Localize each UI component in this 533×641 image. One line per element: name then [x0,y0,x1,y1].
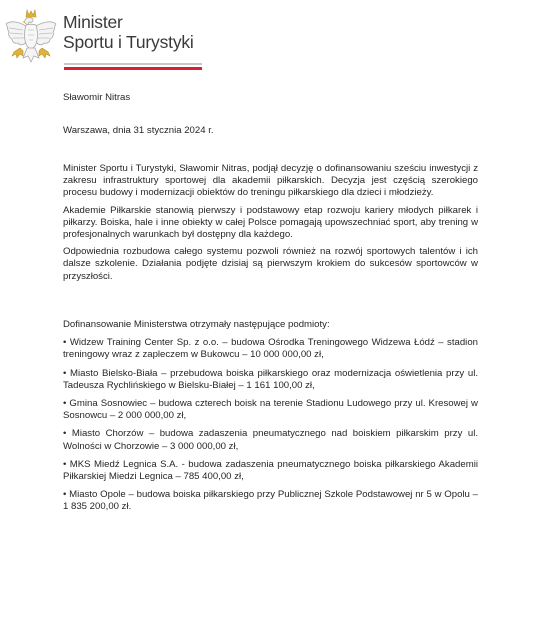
brand-line-1: Minister [63,12,194,32]
ministry-brand-name: Minister Sportu i Turystyki [63,12,194,52]
flag-stripe-white [64,63,202,65]
flag-stripe-red [64,67,202,70]
white-eagle-emblem-icon [3,6,59,68]
document-body: Minister Sportu i Turystyki, Sławomir Ni… [63,163,478,288]
paragraph: Akademie Piłkarskie stanowią pierwszy i … [63,205,478,242]
list-item: • Miasto Opole – budowa boiska piłkarski… [63,489,478,513]
funding-list: Dofinansowanie Ministerstwa otrzymały na… [63,319,478,514]
list-item: • Gmina Sosnowiec – budowa czterech bois… [63,398,478,422]
list-item: • MKS Miedź Legnica S.A. - budowa zadasz… [63,459,478,483]
funding-list-intro: Dofinansowanie Ministerstwa otrzymały na… [63,319,478,331]
paragraph: Odpowiednia rozbudowa całego systemu poz… [63,246,478,283]
list-item: • Widzew Training Center Sp. z o.o. – bu… [63,337,478,361]
document-date: Warszawa, dnia 31 stycznia 2024 r. [63,125,478,137]
list-item: • Miasto Bielsko-Biała – przebudowa bois… [63,368,478,392]
paragraph: Minister Sportu i Turystyki, Sławomir Ni… [63,163,478,200]
author-name: Sławomir Nitras [63,92,478,104]
letterhead: Minister Sportu i Turystyki [0,0,220,80]
list-item: • Miasto Chorzów – budowa zadaszenia pne… [63,428,478,452]
brand-line-2: Sportu i Turystyki [63,32,194,52]
